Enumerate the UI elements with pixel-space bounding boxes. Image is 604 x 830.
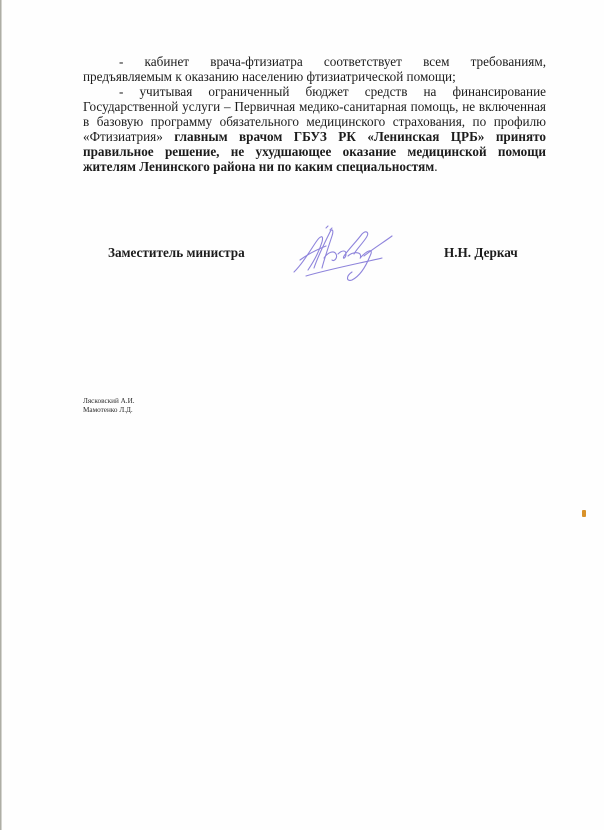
signer-position: Заместитель министра	[108, 245, 245, 261]
executors-list: Лясковский А.И. Мамотенко Л.Д.	[83, 397, 135, 415]
executor-name: Лясковский А.И.	[83, 397, 135, 406]
executor-name: Мамотенко Л.Д.	[83, 406, 135, 415]
document-page: - кабинет врача-фтизиатра соответствует …	[0, 0, 604, 830]
page-number-mark	[582, 510, 586, 517]
signer-name: Н.Н. Деркач	[444, 245, 518, 261]
signature-block: Заместитель министра Н.Н. Деркач	[0, 0, 604, 300]
handwritten-signature-icon	[286, 224, 396, 284]
